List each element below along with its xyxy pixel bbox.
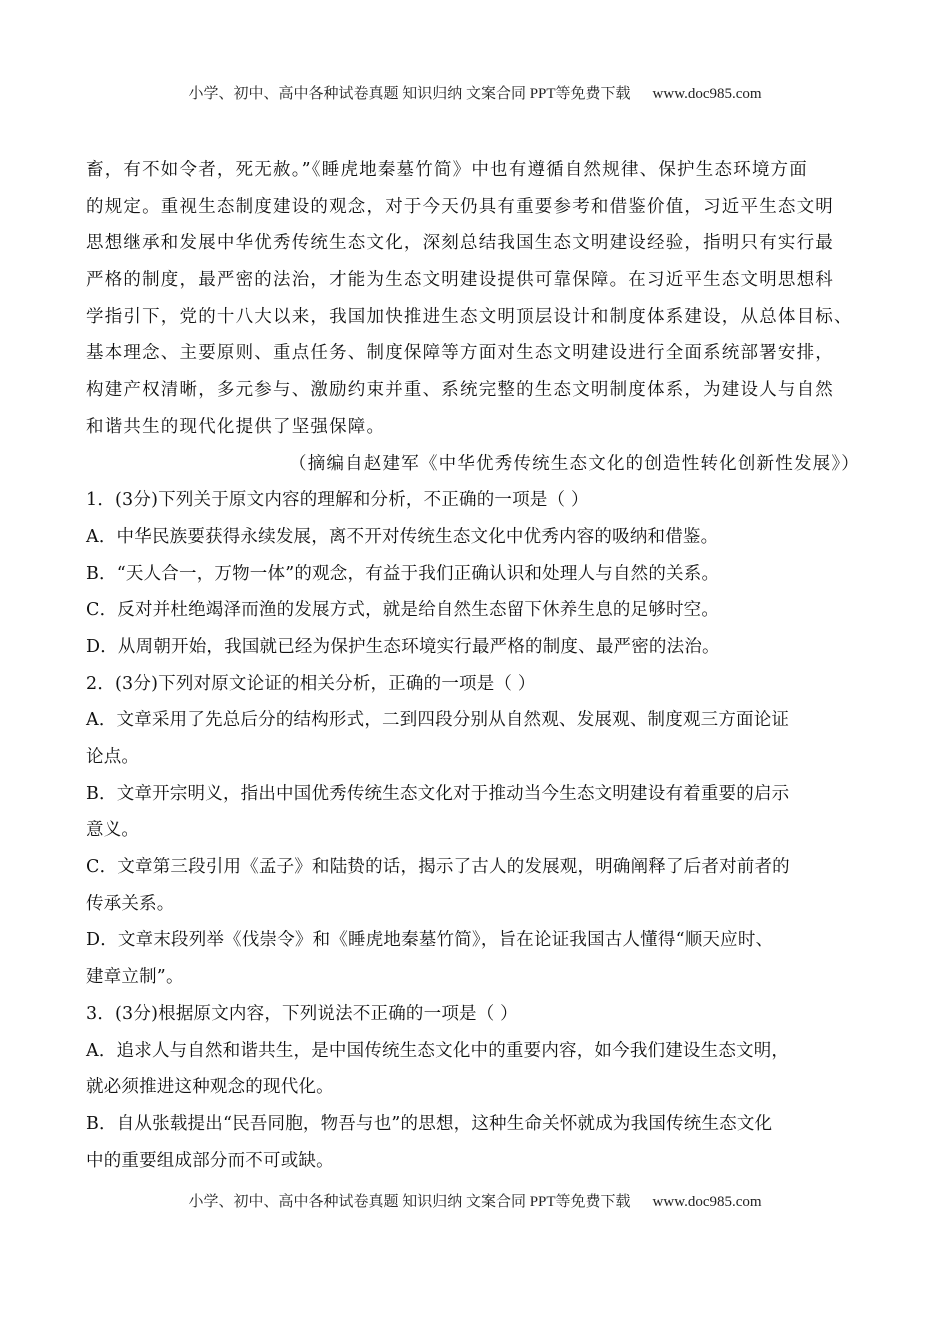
passage-source: （摘编自赵建军《中华优秀传统生态文化的创造性转化创新性发展》） (86, 449, 866, 486)
question-2: 2．(3分)下列对原文论证的相关分析，正确的一项是（ ） A．文章采用了先总后分… (86, 669, 866, 999)
option-a-cont: 就必须推进这种观念的现代化。 (86, 1072, 866, 1109)
question-3: 3．(3分)根据原文内容，下列说法不正确的一项是（ ） A．追求人与自然和谐共生… (86, 999, 866, 1182)
passage-line: 基本理念、主要原则、重点任务、制度保障等方面对生态文明建设进行全面系统部署安排， (86, 338, 866, 375)
passage-line: 构建产权清晰，多元参与、激励约束并重、系统完整的生态文明制度体系，为建设人与自然 (86, 375, 866, 412)
option-c: C．文章第三段引用《孟子》和陆贽的话，揭示了古人的发展观，明确阐释了后者对前者的 (86, 852, 866, 889)
passage-line: 畜，有不如令者，死无赦。”《睡虎地秦墓竹简》中也有遵循自然规律、保护生态环境方面 (86, 155, 866, 192)
option-a: A．文章采用了先总后分的结构形式，二到四段分别从自然观、发展观、制度观三方面论证 (86, 705, 866, 742)
passage-line: 学指引下，党的十八大以来，我国加快推进生态文明顶层设计和制度体系建设，从总体目标… (86, 302, 866, 339)
option-d: D．从周朝开始，我国就已经为保护生态环境实行最严格的制度、最严密的法治。 (86, 632, 866, 669)
passage-line: 严格的制度，最严密的法治，才能为生态文明建设提供可靠保障。在习近平生态文明思想科 (86, 265, 866, 302)
footer-url[interactable]: www.doc985.com (653, 1194, 762, 1210)
question-stem: 3．(3分)根据原文内容，下列说法不正确的一项是（ ） (86, 999, 866, 1036)
option-b-cont: 中的重要组成部分而不可或缺。 (86, 1146, 866, 1183)
option-a: A．中华民族要获得永续发展，离不开对传统生态文化中优秀内容的吸纳和借鉴。 (86, 522, 866, 559)
option-d: D．文章末段列举《伐崇令》和《睡虎地秦墓竹简》，旨在论证我国古人懂得“顺天应时、 (86, 925, 866, 962)
option-d-cont: 建章立制”。 (86, 962, 866, 999)
option-b: B．“天人合一，万物一体”的观念，有益于我们正确认识和处理人与自然的关系。 (86, 559, 866, 596)
option-c-cont: 传承关系。 (86, 889, 866, 926)
page-footer: 小学、初中、高中各种试卷真题 知识归纳 文案合同 PPT等免费下载www.doc… (0, 1190, 950, 1211)
document-body: 畜，有不如令者，死无赦。”《睡虎地秦墓竹简》中也有遵循自然规律、保护生态环境方面… (86, 155, 866, 1182)
question-stem: 1．(3分)下列关于原文内容的理解和分析，不正确的一项是（ ） (86, 485, 866, 522)
option-a-cont: 论点。 (86, 742, 866, 779)
header-text: 小学、初中、高中各种试卷真题 知识归纳 文案合同 PPT等免费下载 (188, 86, 630, 102)
question-stem: 2．(3分)下列对原文论证的相关分析，正确的一项是（ ） (86, 669, 866, 706)
header-url[interactable]: www.doc985.com (653, 86, 762, 102)
question-1: 1．(3分)下列关于原文内容的理解和分析，不正确的一项是（ ） A．中华民族要获… (86, 485, 866, 668)
passage: 畜，有不如令者，死无赦。”《睡虎地秦墓竹简》中也有遵循自然规律、保护生态环境方面… (86, 155, 866, 485)
passage-line: 的规定。重视生态制度建设的观念，对于今天仍具有重要参考和借鉴价值，习近平生态文明 (86, 192, 866, 229)
passage-line: 和谐共生的现代化提供了坚强保障。 (86, 412, 866, 449)
option-c: C．反对并杜绝竭泽而渔的发展方式，就是给自然生态留下休养生息的足够时空。 (86, 595, 866, 632)
passage-line: 思想继承和发展中华优秀传统生态文化，深刻总结我国生态文明建设经验，指明只有实行最 (86, 228, 866, 265)
page-header: 小学、初中、高中各种试卷真题 知识归纳 文案合同 PPT等免费下载www.doc… (0, 82, 950, 103)
footer-text: 小学、初中、高中各种试卷真题 知识归纳 文案合同 PPT等免费下载 (188, 1194, 630, 1210)
option-b-cont: 意义。 (86, 815, 866, 852)
option-b: B．自从张载提出“民吾同胞，物吾与也”的思想，这种生命关怀就成为我国传统生态文化 (86, 1109, 866, 1146)
option-b: B．文章开宗明义，指出中国优秀传统生态文化对于推动当今生态文明建设有着重要的启示 (86, 779, 866, 816)
option-a: A．追求人与自然和谐共生，是中国传统生态文化中的重要内容，如今我们建设生态文明， (86, 1036, 866, 1073)
